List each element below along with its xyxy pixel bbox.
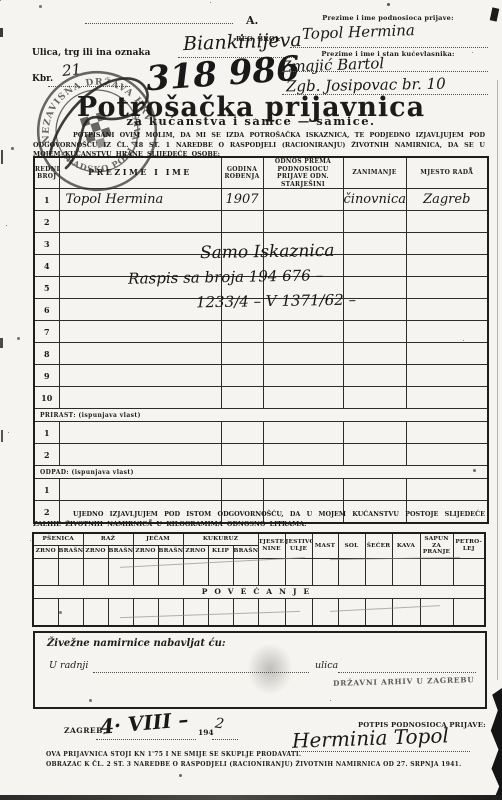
overlay-note-line2: Raspis sa broja 194 676 –: [128, 266, 323, 287]
prirast-row: 1: [34, 422, 488, 444]
supply-cell: [453, 558, 485, 585]
person-row: 8: [34, 343, 488, 365]
supply-cell: [285, 558, 312, 585]
supply-cell: [33, 598, 58, 626]
section-label: A.: [246, 14, 258, 27]
col-kava: KAVA: [392, 533, 420, 558]
cell-occupation: [343, 233, 406, 255]
supply-cell: [453, 598, 485, 626]
sub-zrno: ZRNO: [83, 545, 108, 558]
supply-cell: [58, 558, 83, 585]
supply-cell: [158, 558, 183, 585]
cell-name: [59, 211, 221, 233]
header-zanimanje: ZANIMANJE: [343, 157, 406, 189]
povecanje-band: POVEĆANJE: [33, 585, 485, 598]
row-number: 4: [34, 255, 59, 277]
row-number: 5: [34, 277, 59, 299]
bottom-scan-bar: [0, 795, 502, 800]
date-line: [96, 738, 196, 740]
header-mjesto-rada: MJESTO RADA: [406, 157, 488, 189]
cell-occupation: [343, 387, 406, 409]
supply-cell: [392, 598, 420, 626]
cell-occupation: [343, 365, 406, 387]
person-row: 1Topol Hermina1907činovnicaZagreb: [34, 189, 488, 211]
landlord-name-handwriting: Zmajić Bartol: [281, 54, 385, 76]
cell-name: [59, 233, 221, 255]
cell-relation: [263, 365, 343, 387]
col-secer: ŠEĆER: [365, 533, 392, 558]
left-edge-mark: [0, 28, 3, 37]
supply-cell: [108, 598, 133, 626]
overlay-note-line3: 1233/4 – V 1371/62 –: [196, 291, 356, 312]
street-field-label: ulica: [315, 660, 338, 671]
cell-relation: [263, 211, 343, 233]
signature-handwriting: Herminia Topol: [292, 723, 450, 752]
cell-occupation: [343, 444, 406, 466]
supply-cell: [58, 598, 83, 626]
sub-zrno: ZRNO: [133, 545, 158, 558]
sub-brasno: BRAŠNO: [108, 545, 133, 558]
cell-name: [59, 365, 221, 387]
supply-cell: [365, 558, 392, 585]
purchase-heading: Živežne namirnice nabavljat ću:: [47, 638, 226, 649]
street-field-line: [338, 671, 476, 673]
form-subtitle: za kućanstva i samce — samice.: [51, 114, 451, 128]
date-handwriting: 4· VIII –: [99, 707, 189, 739]
col-sapun: SAPUN ZA PRANJE: [420, 533, 453, 558]
cell-year: [221, 211, 263, 233]
supply-cell: [420, 598, 453, 626]
row-number: 2: [34, 444, 59, 466]
supply-cell: [365, 598, 392, 626]
left-edge-mark: [0, 338, 3, 348]
sub-zrno: ZRNO: [183, 545, 208, 558]
supply-cell: [183, 598, 208, 626]
col-jestivo-ulje: JESTIVO ULJE: [285, 533, 312, 558]
cell-year: [221, 343, 263, 365]
povecanje-label: POVEĆANJE: [33, 585, 485, 598]
cell-year: [221, 387, 263, 409]
cell-year: 1907: [221, 189, 263, 211]
cell-year: [221, 444, 263, 466]
cell-workplace: [406, 255, 488, 277]
supply-cell: [108, 558, 133, 585]
col-sol: SOL: [338, 533, 365, 558]
col-tjestenine: TJESTE- NINE: [258, 533, 285, 558]
scan-smudge: [247, 643, 293, 695]
row-number: 7: [34, 321, 59, 343]
person-row: 10: [34, 387, 488, 409]
form-note: OBRAZAC K ČL. 2 ST. 3 NAREDBE O RASPODJE…: [46, 761, 462, 768]
row-number: 6: [34, 299, 59, 321]
supply-cell: [83, 598, 108, 626]
cell-occupation: činovnica: [343, 189, 406, 211]
supply-cell: [312, 598, 338, 626]
applicant-handwriting: Topol Hermina: [302, 21, 415, 43]
cell-relation: [263, 189, 343, 211]
cell-year: [221, 479, 263, 501]
cell-name: [59, 479, 221, 501]
supplies-declaration: UJEDNO IZJAVLJUJEM POD ISTOM ODGOVORNOŠĆ…: [33, 510, 485, 529]
person-row: 9: [34, 365, 488, 387]
cell-occupation: [343, 211, 406, 233]
cell-workplace: [406, 387, 488, 409]
supply-cell: [233, 558, 258, 585]
scan-speckles: [0, 0, 1, 1]
cell-name: [59, 444, 221, 466]
supply-cell: [420, 558, 453, 585]
cell-year: [221, 365, 263, 387]
applicant-line: [290, 46, 488, 48]
row-number: 9: [34, 365, 59, 387]
cell-name: [59, 422, 221, 444]
person-row: 7: [34, 321, 488, 343]
page-edge-line: [497, 80, 499, 680]
row-number: 1: [34, 189, 59, 211]
archive-stamp: DRŽAVNI ARHIV U ZAGREBU: [333, 675, 475, 688]
header-prezime-ime: PREZIME I IME: [59, 157, 221, 189]
persons-table: REDNI BROJ PREZIME I IME GODINA ROĐENJA …: [33, 156, 489, 524]
cell-workplace: [406, 422, 488, 444]
cell-relation: [263, 387, 343, 409]
supply-cell: [33, 558, 58, 585]
supplies-group-header-row: PŠENICA RAŽ JEČAM KUKURUZ TJESTE- NINE J…: [33, 533, 485, 545]
sub-brasno: BRAŠNO: [233, 545, 258, 558]
cell-relation: [263, 444, 343, 466]
supply-cell: [133, 598, 158, 626]
cell-relation: [263, 321, 343, 343]
person-row: 2: [34, 211, 488, 233]
cell-name: [59, 321, 221, 343]
supply-cell: [312, 558, 338, 585]
overlay-note-line1: Samo Iskaznica: [200, 241, 335, 263]
year-handwriting: 2: [214, 715, 225, 732]
cell-workplace: [406, 211, 488, 233]
cell-relation: [263, 343, 343, 365]
signature-line: [288, 750, 470, 752]
prirast-row: 2: [34, 444, 488, 466]
cell-year: [221, 422, 263, 444]
odpad-label: ODPAD: (ispunjava vlast): [34, 466, 488, 479]
left-edge-mark: [1, 150, 3, 164]
header-odnos: ODNOS PREMA PODNOSIOCU PRIJAVE ODN. STAR…: [263, 157, 343, 189]
persons-table-header-row: REDNI BROJ PREZIME I IME GODINA ROĐENJA …: [34, 157, 488, 189]
cell-year: [221, 321, 263, 343]
row-number: 1: [34, 422, 59, 444]
cell-workplace: [406, 299, 488, 321]
left-edge-mark: [1, 430, 3, 442]
cell-workplace: [406, 277, 488, 299]
supply-cell: [158, 598, 183, 626]
odpad-band: ODPAD: (ispunjava vlast): [34, 466, 488, 479]
group-raz: RAŽ: [83, 533, 133, 545]
supply-cell: [83, 558, 108, 585]
landlord-name-line: [282, 70, 488, 72]
cell-workplace: [406, 321, 488, 343]
cell-name: [59, 343, 221, 365]
cell-occupation: [343, 479, 406, 501]
cell-name: [59, 387, 221, 409]
cell-workplace: [406, 444, 488, 466]
cell-relation: [263, 422, 343, 444]
supply-cell: [133, 558, 158, 585]
year-printed: 194: [198, 728, 214, 737]
prirast-band: PRIRAST: (ispunjava vlast): [34, 409, 488, 422]
corner-ink-blot: [490, 7, 500, 21]
price-note: OVA PRIJAVNICA STOJI KN 1'75 I NE SMIJE …: [46, 751, 301, 758]
shop-label: U radnji: [49, 660, 88, 671]
header-godina-rodjenja: GODINA ROĐENJA: [221, 157, 263, 189]
sub-brasno: BRAŠNO: [58, 545, 83, 558]
row-number: 8: [34, 343, 59, 365]
supply-cell: [392, 558, 420, 585]
cell-workplace: [406, 343, 488, 365]
col-petrolej: PETRO- LEJ: [453, 533, 485, 558]
cell-workplace: Zagreb: [406, 189, 488, 211]
supplies-value-row: [33, 558, 485, 585]
supply-cell: [258, 558, 285, 585]
sub-zrno: ZRNO: [33, 545, 58, 558]
cell-workplace: [406, 233, 488, 255]
supply-cell: [338, 598, 365, 626]
header-redni-broj: REDNI BROJ: [34, 157, 59, 189]
cell-workplace: [406, 365, 488, 387]
supply-cell: [338, 558, 365, 585]
cell-relation: [263, 479, 343, 501]
sub-brasno: BRAŠNO: [158, 545, 183, 558]
row-number: 10: [34, 387, 59, 409]
col-mast: MAST: [312, 533, 338, 558]
torn-edge-right: [488, 688, 502, 800]
cell-occupation: [343, 255, 406, 277]
year-line: [212, 738, 238, 740]
row-number: 2: [34, 211, 59, 233]
purchase-box: Živežne namirnice nabavljat ću: U radnji…: [33, 631, 487, 709]
cell-workplace: [406, 479, 488, 501]
odpad-row: 1: [34, 479, 488, 501]
supply-cell: [208, 598, 233, 626]
sub-klip: KLIP: [208, 545, 233, 558]
row-number: 3: [34, 233, 59, 255]
group-kukuruz: KUKURUZ: [183, 533, 258, 545]
blank-dotted-line: [85, 22, 233, 24]
group-jecam: JEČAM: [133, 533, 183, 545]
prirast-label: PRIRAST: (ispunjava vlast): [34, 409, 488, 422]
cell-occupation: [343, 343, 406, 365]
group-psenica: PŠENICA: [33, 533, 83, 545]
document-page: A. REG. BROJ: Ulica, trg ili ina oznaka …: [0, 0, 502, 800]
row-number: 1: [34, 479, 59, 501]
applicant-label: Prezime i ime podnosioca prijave:: [286, 14, 490, 22]
cell-occupation: [343, 321, 406, 343]
cell-occupation: [343, 422, 406, 444]
cell-name: Topol Hermina: [59, 189, 221, 211]
